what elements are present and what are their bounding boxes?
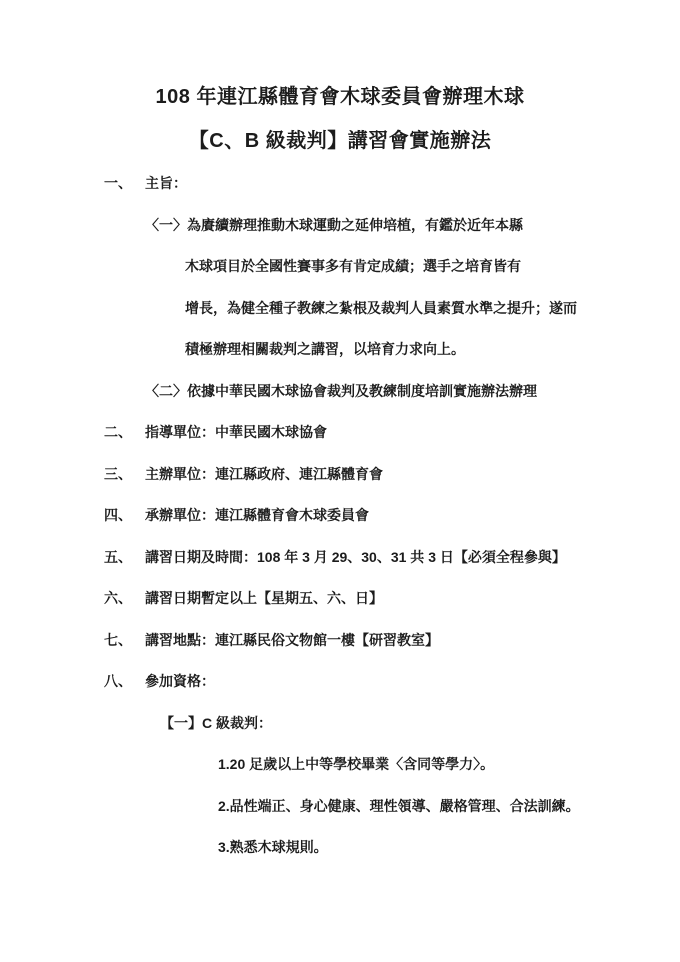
document-title-line-1: 108 年連江縣體育會木球委員會辦理木球 — [0, 75, 680, 119]
line-text: 講習日期及時間：108 年 3 月 29、30、31 共 3 日【必須全程參與】 — [145, 537, 566, 579]
section-item: 七、講習地點：連江縣民俗文物館一樓【研習教室】 — [0, 620, 680, 662]
item-number: 一、 — [104, 163, 145, 205]
section-item: 八、參加資格： — [0, 661, 680, 703]
item-number: 六、 — [104, 578, 145, 620]
line-text: 〈一〉為賡續辦理推動木球運動之延伸培植，有鑑於近年本縣 — [145, 205, 523, 247]
sub-item: 〈一〉為賡續辦理推動木球運動之延伸培植，有鑑於近年本縣 — [0, 205, 680, 247]
document-title: 108 年連江縣體育會木球委員會辦理木球 【C、B 級裁判】講習會實施辦法 — [0, 75, 680, 163]
line-text: 承辦單位：連江縣體育會木球委員會 — [145, 495, 369, 537]
line-text: 木球項目於全國性賽事多有肯定成績；選手之培育皆有 — [185, 246, 521, 288]
sub-item: 〈二〉依據中華民國木球協會裁判及教練制度培訓實施辦法辦理 — [0, 371, 680, 413]
qualification-item: 1.20 足歲以上中等學校畢業〈含同等學力〉。 — [0, 744, 680, 786]
line-text: 講習地點：連江縣民俗文物館一樓【研習教室】 — [145, 620, 439, 662]
section-item: 二、指導單位：中華民國木球協會 — [0, 412, 680, 454]
item-number: 五、 — [104, 537, 145, 579]
line-text: 講習日期暫定以上【星期五、六、日】 — [145, 578, 383, 620]
line-text: 積極辦理相關裁判之講習，以培育力求向上。 — [185, 329, 465, 371]
line-text: 指導單位：中華民國木球協會 — [145, 412, 327, 454]
item-number: 四、 — [104, 495, 145, 537]
paragraph-continuation-line: 增長，為健全種子教練之紮根及裁判人員素質水準之提升；遂而 — [0, 288, 680, 330]
section-item: 一、主旨： — [0, 163, 680, 205]
line-text: 1.20 足歲以上中等學校畢業〈含同等學力〉。 — [218, 744, 494, 786]
line-text: 2.品性端正、身心健康、理性領導、嚴格管理、合法訓練。 — [218, 786, 580, 828]
document-page: 108 年連江縣體育會木球委員會辦理木球 【C、B 級裁判】講習會實施辦法 一、… — [0, 0, 680, 962]
qualification-item: 2.品性端正、身心健康、理性領導、嚴格管理、合法訓練。 — [0, 786, 680, 828]
section-item: 六、講習日期暫定以上【星期五、六、日】 — [0, 578, 680, 620]
category-heading: 【一】C 級裁判： — [0, 703, 680, 745]
item-number: 三、 — [104, 454, 145, 496]
line-text: 主旨： — [145, 163, 187, 205]
section-item: 四、承辦單位：連江縣體育會木球委員會 — [0, 495, 680, 537]
line-text: 〈二〉依據中華民國木球協會裁判及教練制度培訓實施辦法辦理 — [145, 371, 537, 413]
paragraph-continuation-line: 積極辦理相關裁判之講習，以培育力求向上。 — [0, 329, 680, 371]
line-text: 【一】C 級裁判： — [160, 703, 272, 745]
item-number: 八、 — [104, 661, 145, 703]
paragraph-continuation-line: 木球項目於全國性賽事多有肯定成績；選手之培育皆有 — [0, 246, 680, 288]
qualification-item: 3.熟悉木球規則。 — [0, 827, 680, 869]
section-item: 五、講習日期及時間：108 年 3 月 29、30、31 共 3 日【必須全程參… — [0, 537, 680, 579]
line-text: 主辦單位：連江縣政府、連江縣體育會 — [145, 454, 383, 496]
line-text: 參加資格： — [145, 661, 215, 703]
document-title-line-2: 【C、B 級裁判】講習會實施辦法 — [0, 119, 680, 163]
item-number: 二、 — [104, 412, 145, 454]
document-body: 一、主旨：〈一〉為賡續辦理推動木球運動之延伸培植，有鑑於近年本縣木球項目於全國性… — [0, 163, 680, 869]
section-item: 三、主辦單位：連江縣政府、連江縣體育會 — [0, 454, 680, 496]
item-number: 七、 — [104, 620, 145, 662]
line-text: 增長，為健全種子教練之紮根及裁判人員素質水準之提升；遂而 — [185, 288, 577, 330]
line-text: 3.熟悉木球規則。 — [218, 827, 328, 869]
